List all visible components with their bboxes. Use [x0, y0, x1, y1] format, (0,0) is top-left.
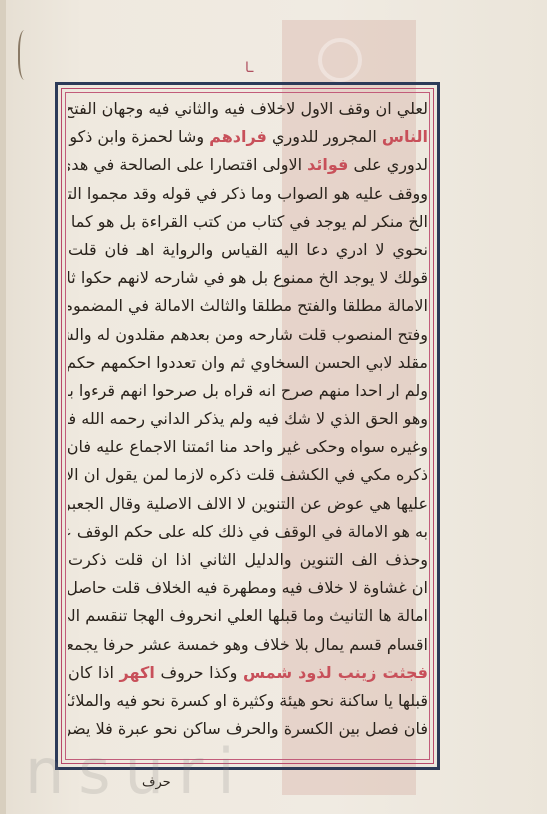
- text-line: ولم ار احدا منهم صرح انه قراه بل صرحوا ا…: [68, 377, 428, 405]
- text-line: وفتح المنصوب قلت شارحه ومن بعدهم مقلدون …: [68, 321, 428, 349]
- text-line: وغيره سواه وحكى غير واحد منا ائمتنا الاج…: [68, 433, 428, 461]
- text-line: ان غشاوة لا خلاف فيه ومطهرة فيه الخلاف ق…: [68, 574, 428, 602]
- text-line: لدوري على فوائد الاولى اقتصارا على الصال…: [68, 151, 428, 179]
- text-line: الناس المجرور للدوري فرادهم وشا لحمزة وا…: [68, 123, 428, 151]
- rubric-word: فوائد: [307, 155, 348, 174]
- page-edge: [0, 0, 6, 814]
- watermark: nsuri: [25, 735, 249, 808]
- text-block: لعلي ان وقف الاول لاخلاف فيه والثاني فيه…: [68, 95, 428, 743]
- seal-icon: [318, 38, 362, 82]
- text-line: وحذف الف التنوين والدليل الثاني اذا ان ق…: [68, 546, 428, 574]
- marginal-mark: [18, 30, 34, 80]
- text-line: امالة ها التانيث وما قبلها العلي انحروف …: [68, 602, 428, 630]
- text-line: مقلد لابي الحسن السخاوي ثم وان تعددوا اح…: [68, 349, 428, 377]
- rubric-word: فرادهم: [209, 127, 267, 146]
- text-line: وهو الحق الذي لا شك فيه ولم يذكر الداني …: [68, 405, 428, 433]
- head-mark: ـا: [245, 60, 253, 76]
- text-line: ووقف عليه هو الصواب وما ذكر في قوله وقد …: [68, 180, 428, 208]
- manuscript-page: ـا لعلي ان وقف الاول لاخلاف فيه والثاني …: [0, 0, 547, 814]
- text-line: قبلها يا ساكنة نحو هيئة وكثيرة او كسرة ن…: [68, 687, 428, 715]
- text-line: فجثت زينب لذود شمس وكذا حروف اكهر اذا كا…: [68, 659, 428, 687]
- text-line: اقسام قسم يمال بلا خلاف وهو خمسة عشر حرف…: [68, 631, 428, 659]
- text-line: ذكره مكي في الكشف قلت ذكره لازما لمن يقو…: [68, 461, 428, 489]
- text-line: نحوي لا ادري دعا اليه القياس والرواية اه…: [68, 236, 428, 264]
- text-line: الامالة مطلقا والفتح مطلقا والثالث الاما…: [68, 292, 428, 320]
- text-line: عليها هي عوض عن التنوين لا الالف الاصلية…: [68, 490, 428, 518]
- rubric-word: فجثت زينب لذود شمس: [243, 663, 428, 682]
- text-line: به هو الامالة في الوقف في ذلك كله على حك…: [68, 518, 428, 546]
- text-line: لعلي ان وقف الاول لاخلاف فيه والثاني فيه…: [68, 95, 428, 123]
- text-line: قولك لا يوجد الخ ممنوع بل هو في شارحه لا…: [68, 264, 428, 292]
- rubric-word: اكهر: [120, 663, 155, 682]
- text-line: الخ منكر لم يوجد في كتاب من كتب القراءة …: [68, 208, 428, 236]
- rubric-word: الناس: [382, 127, 428, 146]
